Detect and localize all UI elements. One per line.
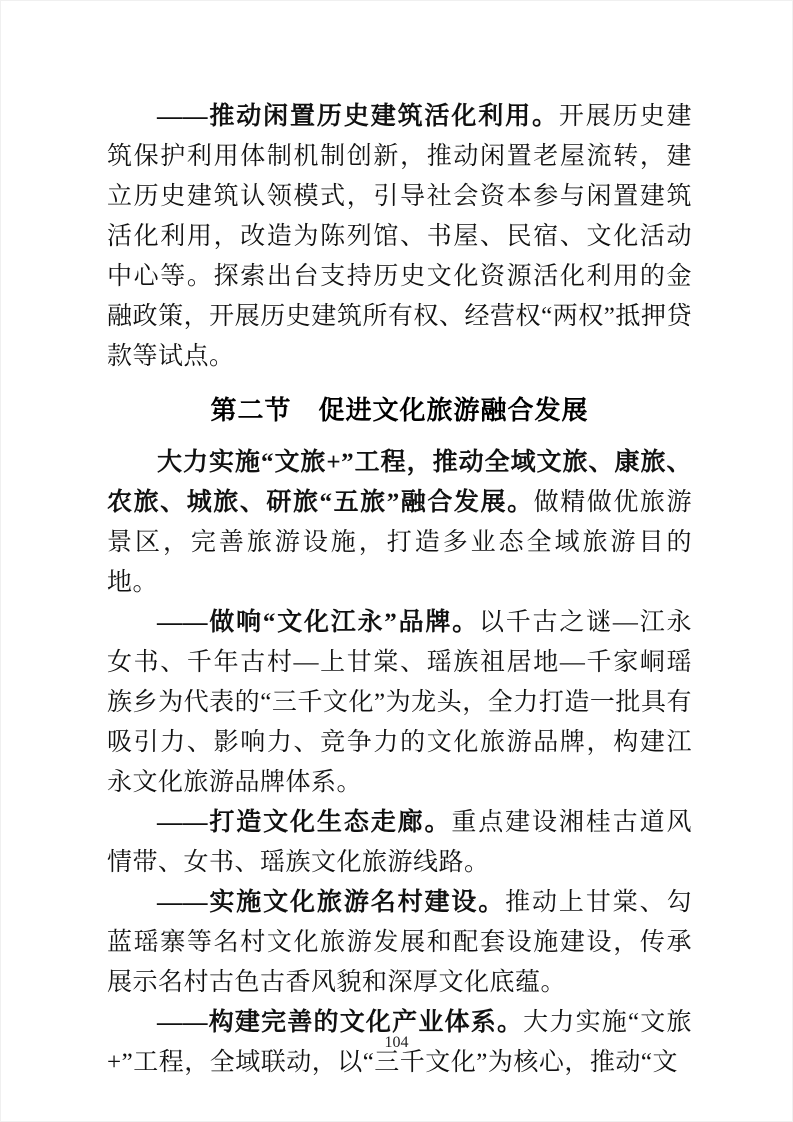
paragraph-culture-brand-body: 以千古之谜—江永女书、千年古村—上甘棠、瑶族祖居地—千家峒瑶族乡为代表的“三千文… <box>107 609 692 796</box>
paragraph-famous-villages: ——实施文化旅游名村建设。推动上甘棠、勾蓝瑶寨等名村文化旅游发展和配套设施建设，… <box>107 883 692 1003</box>
page-content: ——推动闲置历史建筑活化利用。开展历史建筑保护利用体制机制创新，推动闲置老屋流转… <box>107 97 692 1083</box>
section-heading: 第二节 促进文化旅游融合发展 <box>107 390 692 430</box>
paragraph-famous-villages-lead: ——实施文化旅游名村建设。 <box>157 889 505 916</box>
paragraph-historic-buildings-body: 开展历史建筑保护利用体制机制创新，推动闲置老屋流转，建立历史建筑认领模式，引导社… <box>107 103 692 370</box>
paragraph-culture-brand: ——做响“文化江永”品牌。以千古之谜—江永女书、千年古村—上甘棠、瑶族祖居地—千… <box>107 603 692 803</box>
paragraph-historic-buildings: ——推动闲置历史建筑活化利用。开展历史建筑保护利用体制机制创新，推动闲置老屋流转… <box>107 97 692 377</box>
paragraph-culture-brand-lead: ——做响“文化江永”品牌。 <box>157 609 479 636</box>
paragraph-historic-buildings-lead: ——推动闲置历史建筑活化利用。 <box>157 103 559 130</box>
paragraph-industry-system-lead: ——构建完善的文化产业体系。 <box>157 1009 523 1036</box>
paragraph-eco-corridor-lead: ——打造文化生态走廊。 <box>157 809 451 836</box>
paragraph-five-tourism: 大力实施“文旅+”工程，推动全域文旅、康旅、农旅、城旅、研旅“五旅”融合发展。做… <box>107 443 692 603</box>
document-page: ——推动闲置历史建筑活化利用。开展历史建筑保护利用体制机制创新，推动闲置老屋流转… <box>0 0 793 1122</box>
paragraph-eco-corridor: ——打造文化生态走廊。重点建设湘桂古道风情带、女书、瑶族文化旅游线路。 <box>107 803 692 883</box>
page-number: 104 <box>1 1033 792 1053</box>
